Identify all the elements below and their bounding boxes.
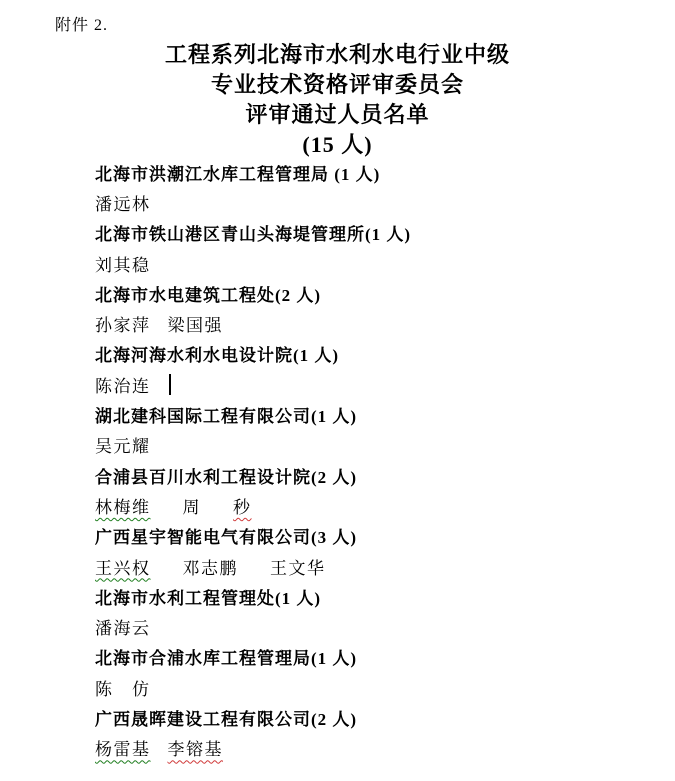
- person-name[interactable]: 刘其稳: [95, 251, 151, 276]
- person-name[interactable]: 潘海云: [95, 614, 151, 639]
- org-heading[interactable]: 北海市铁山港区青山头海堤管理所(1 人): [95, 218, 655, 248]
- person-name[interactable]: 邓志鹏: [183, 554, 239, 579]
- org-heading[interactable]: 北海市水电建筑工程处(2 人): [95, 278, 655, 308]
- person-name[interactable]: 梁国强: [168, 311, 224, 336]
- names-line[interactable]: 陈治连: [95, 369, 655, 399]
- person-name[interactable]: 陈治连: [95, 372, 151, 397]
- org-heading[interactable]: 合浦县百川水利工程设计院(2 人): [95, 460, 655, 490]
- person-name[interactable]: 陈 仿: [95, 675, 151, 700]
- document-title-line-3: 评审通过人员名单: [0, 100, 675, 130]
- org-heading[interactable]: 北海市水利工程管理处(1 人): [95, 581, 655, 611]
- org-heading[interactable]: 广西晟晖建设工程有限公司(2 人): [95, 702, 655, 732]
- person-name[interactable]: 潘远林: [95, 190, 151, 215]
- org-heading[interactable]: 北海市合浦水库工程管理局(1 人): [95, 642, 655, 672]
- text-cursor: [169, 374, 171, 395]
- document-title-line-1: 工程系列北海市水利水电行业中级: [0, 40, 675, 70]
- person-name[interactable]: 孙家萍: [95, 311, 151, 336]
- names-line[interactable]: 林梅维 周 秒: [95, 490, 655, 520]
- person-name[interactable]: 吴元耀: [95, 432, 151, 457]
- names-line[interactable]: 潘海云: [95, 611, 655, 641]
- org-heading[interactable]: 湖北建科国际工程有限公司(1 人): [95, 399, 655, 429]
- person-name[interactable]: 林梅维: [95, 493, 151, 518]
- person-name[interactable]: 李镕基: [168, 735, 224, 760]
- names-line[interactable]: 陈 仿: [95, 672, 655, 702]
- document-title-line-2: 专业技术资格评审委员会: [0, 70, 675, 100]
- org-heading[interactable]: 北海市洪潮江水库工程管理局 (1 人): [95, 157, 655, 187]
- names-line[interactable]: 潘远林: [95, 187, 655, 217]
- names-line[interactable]: 王兴权 邓志鹏 王文华: [95, 551, 655, 581]
- org-heading[interactable]: 广西星宇智能电气有限公司(3 人): [95, 521, 655, 551]
- person-name[interactable]: 秒: [233, 493, 252, 518]
- document-page[interactable]: 附件 2. 工程系列北海市水利水电行业中级 专业技术资格评审委员会 评审通过人员…: [0, 0, 675, 781]
- title-block: 工程系列北海市水利水电行业中级 专业技术资格评审委员会 评审通过人员名单 (15…: [0, 40, 675, 160]
- names-line[interactable]: 吴元耀: [95, 430, 655, 460]
- names-line[interactable]: 孙家萍 梁国强: [95, 308, 655, 338]
- names-line[interactable]: 刘其稳: [95, 248, 655, 278]
- names-line[interactable]: 杨雷基 李镕基: [95, 733, 655, 763]
- attachment-label: 附件 2.: [55, 12, 108, 35]
- person-name[interactable]: 王兴权: [95, 554, 151, 579]
- person-name[interactable]: 周: [183, 493, 202, 518]
- org-heading[interactable]: 北海河海水利水电设计院(1 人): [95, 339, 655, 369]
- document-title-count: (15 人): [0, 130, 675, 160]
- document-body[interactable]: 北海市洪潮江水库工程管理局 (1 人) 潘远林 北海市铁山港区青山头海堤管理所(…: [95, 157, 655, 763]
- person-name[interactable]: 杨雷基: [95, 735, 151, 760]
- person-name[interactable]: 王文华: [270, 554, 326, 579]
